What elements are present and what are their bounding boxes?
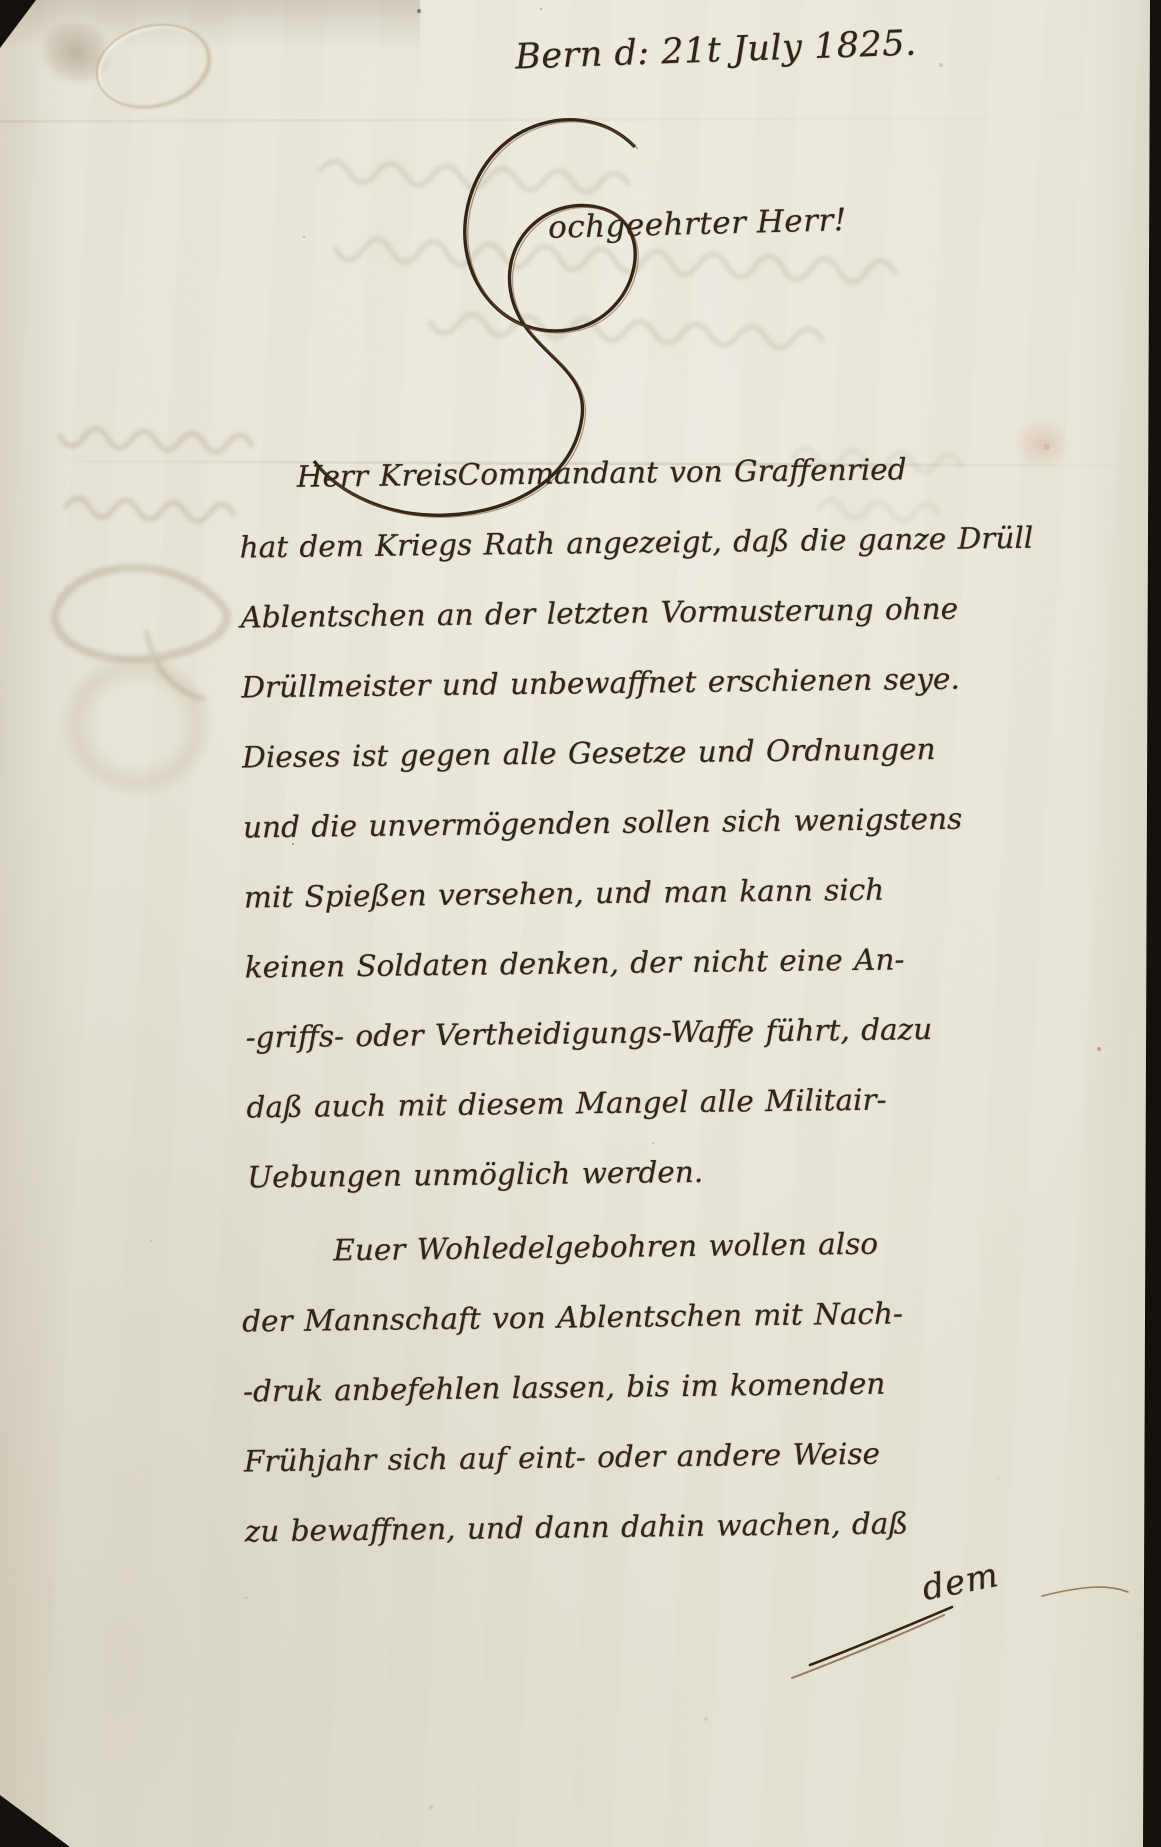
text-line: -druk anbefehlen lassen, bis im komenden <box>243 1348 974 1427</box>
text-line: daß auch mit diesem Mangel alle Militair… <box>246 1064 977 1143</box>
text-line: Ablentschen an der letzten Vormusterung … <box>240 574 971 653</box>
text-line: Drüllmeister und unbewaffnet erschienen … <box>241 644 972 723</box>
salutation-text: ochgeehrter Herr! <box>548 202 848 246</box>
text-line: und die unvermögenden sollen sich wenigs… <box>243 784 974 863</box>
text-line: mit Spießen versehen, und man kann sich <box>243 854 974 933</box>
text-line: zu bewaffnen, und dann dahin wachen, daß <box>244 1488 975 1567</box>
scanned-letter-screenshot: { "page": { "kind": "handwritten letter,… <box>0 0 1161 1847</box>
water-stain <box>62 655 212 795</box>
salutation-initial: H <box>0 0 1 1</box>
catchword-flourish <box>480 1560 1140 1700</box>
text-line: keinen Soldaten denken, der nicht eine A… <box>244 924 975 1003</box>
paragraph-1: Herr KreisCommandant von Graffenried hat… <box>238 434 977 1213</box>
text-line: Herr KreisCommandant von Graffenried <box>238 434 969 513</box>
text-line: Euer Wohledelgebohren wollen also <box>241 1208 972 1287</box>
text-line: Uebungen unmöglich werden. <box>247 1134 978 1213</box>
paper-sheet: Bern d: 21t July 1825. H ochgeehrter Her… <box>0 0 1161 1847</box>
foxing-specks <box>0 0 2 2</box>
dateline: Bern d: 21t July 1825. <box>514 23 945 78</box>
text-line: hat dem Kriegs Rath angezeigt, daß die g… <box>239 504 970 583</box>
text-line: der Mannschaft von Ablentschen mit Nach- <box>242 1278 973 1357</box>
paragraph-2: Euer Wohledelgebohren wollen also der Ma… <box>241 1208 975 1567</box>
text-line: -griffs- oder Vertheidigungs-Waffe führt… <box>245 994 976 1073</box>
foxing-stain <box>1012 418 1072 470</box>
text-line: Dieses ist gegen alle Gesetze und Ordnun… <box>242 714 973 793</box>
text-line: Frühjahr sich auf eint- oder andere Weis… <box>243 1418 974 1497</box>
